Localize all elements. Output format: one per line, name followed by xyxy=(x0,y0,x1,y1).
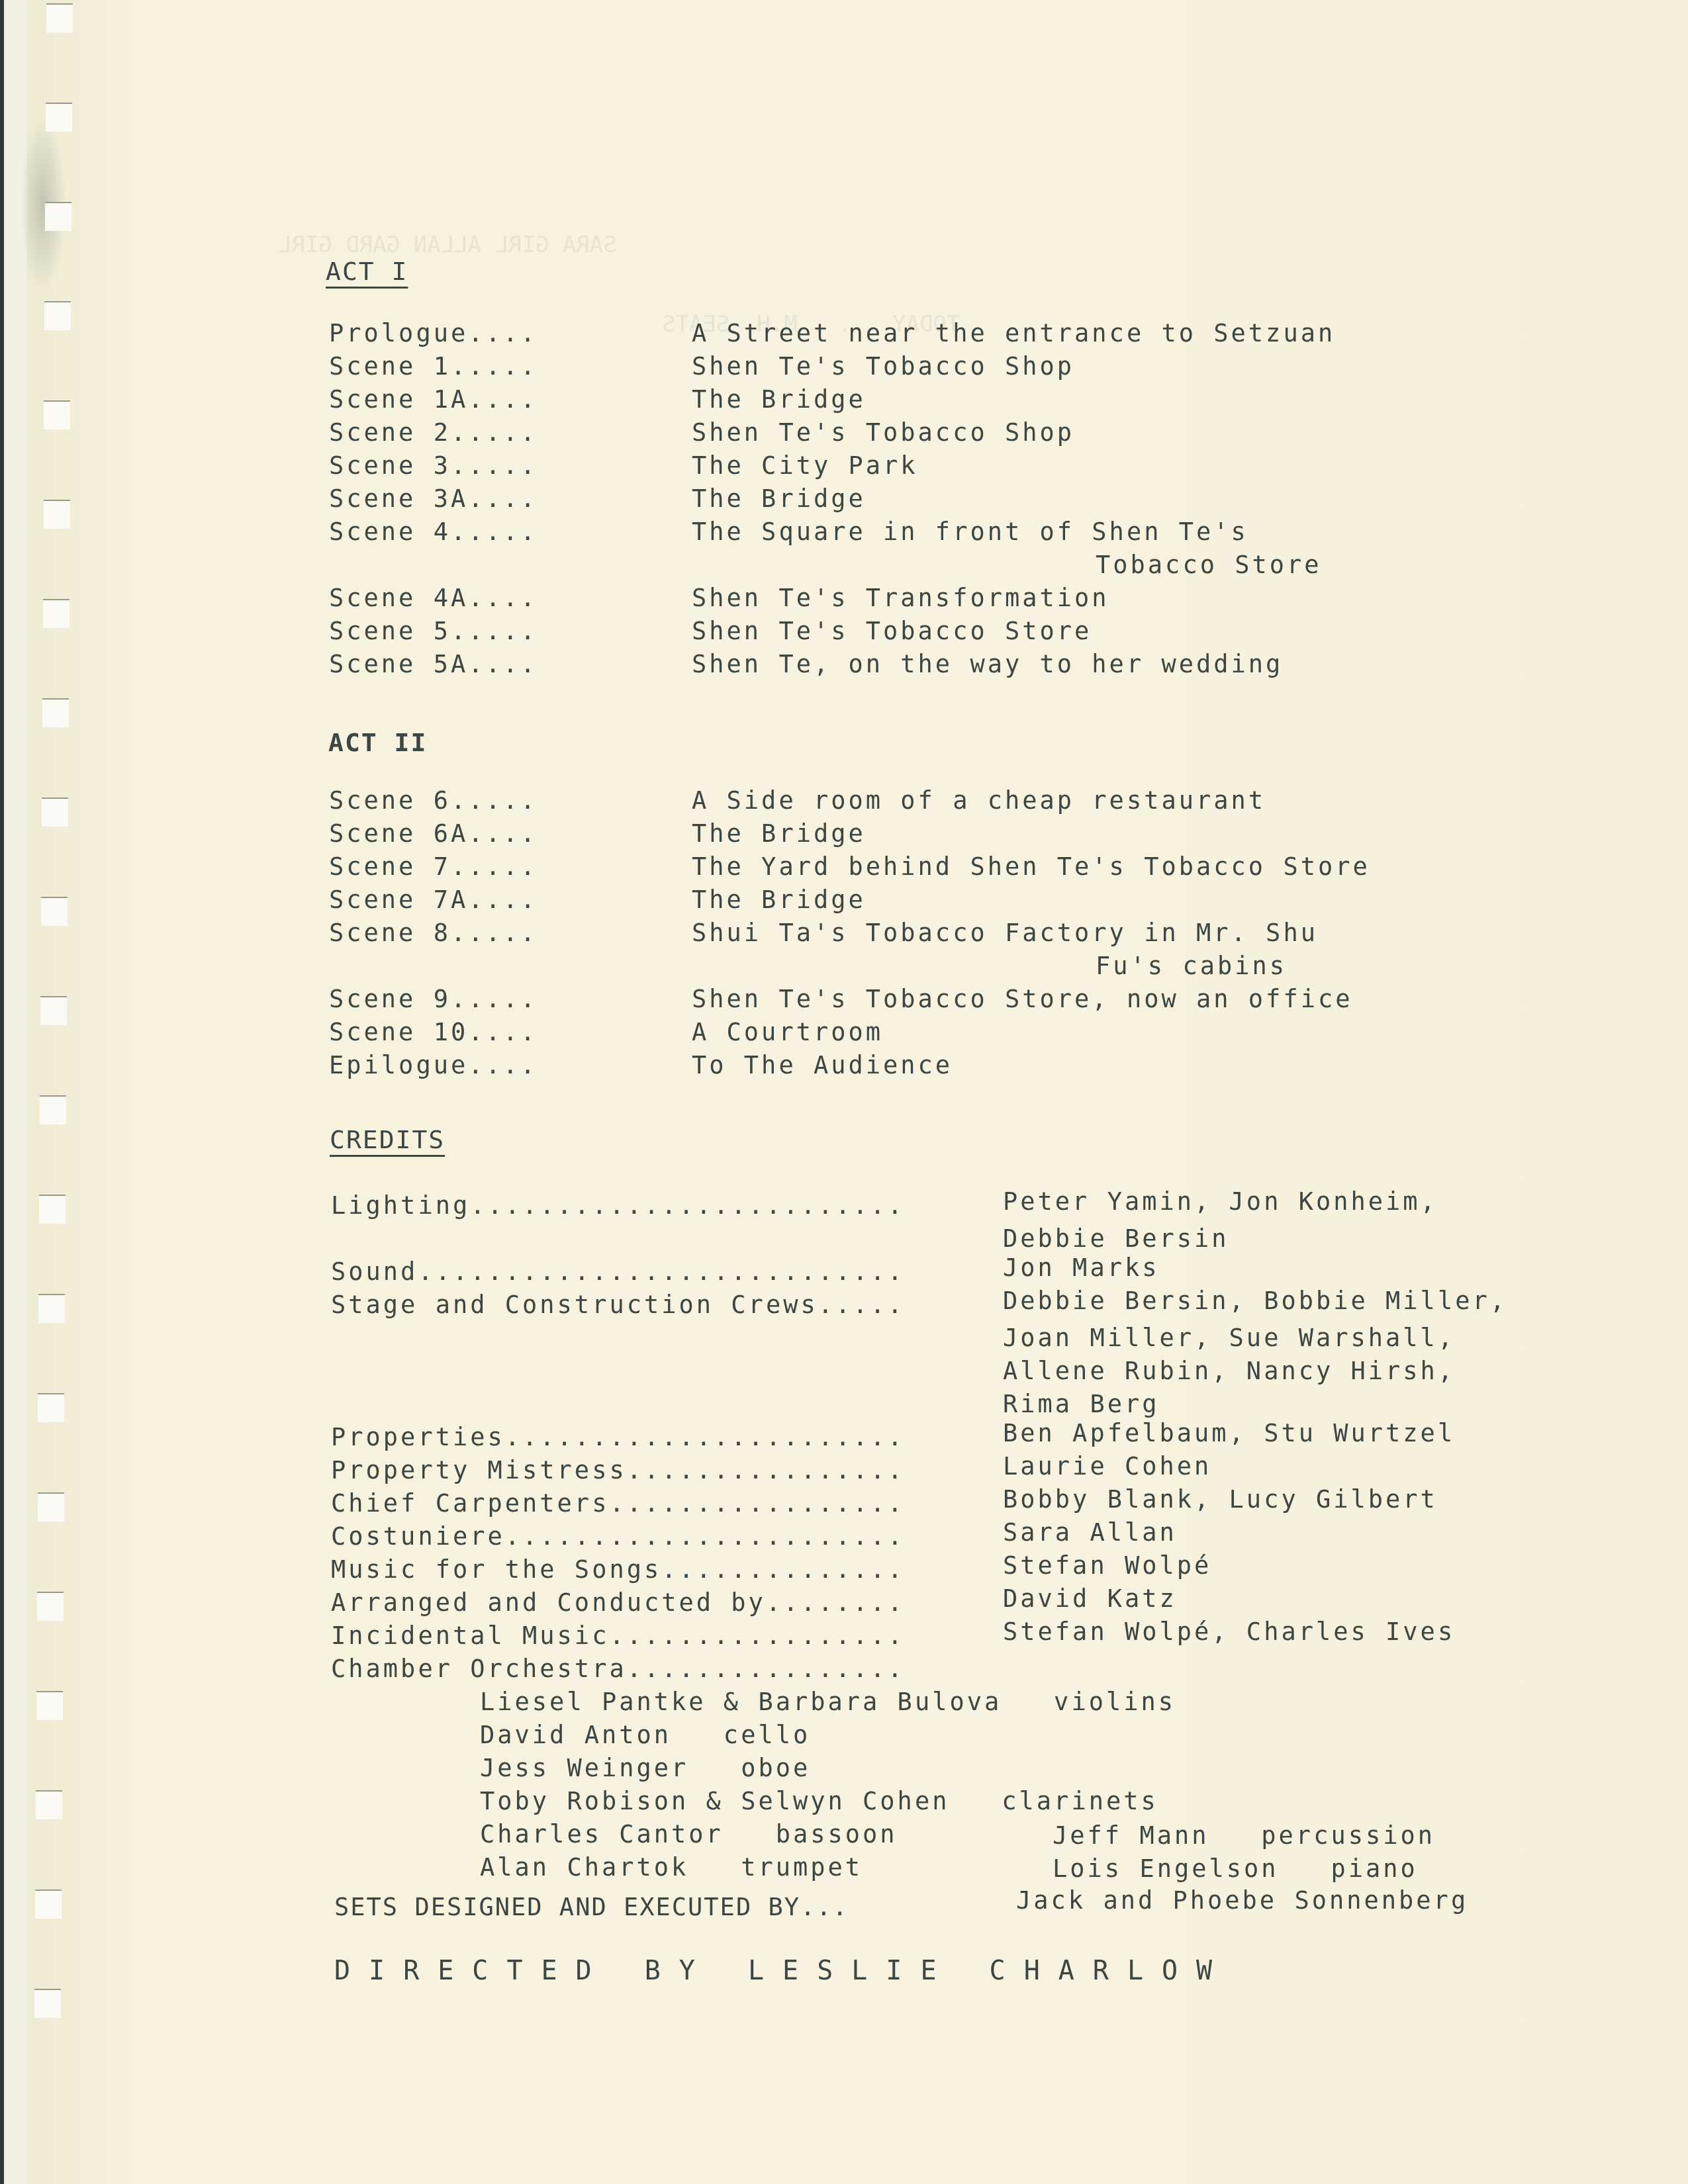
credit-role: Stage and Construction Crews..... xyxy=(331,1291,905,1319)
scene-setting-continuation: Fu's cabins xyxy=(1096,952,1287,980)
scene-row: Scene 3..... xyxy=(329,451,538,480)
binding-hole xyxy=(36,1691,63,1720)
scene-setting: The Bridge xyxy=(692,819,866,848)
scene-row: Scene 6A.... xyxy=(329,819,538,848)
binding-hole xyxy=(34,1989,61,2018)
scene-label: Scene 7..... xyxy=(329,852,538,881)
scene-setting: Shen Te's Transformation xyxy=(692,584,1109,612)
scene-label: Scene 8..... xyxy=(329,919,538,947)
scene-row: Scene 7..... xyxy=(329,852,538,881)
scene-row: Scene 4..... xyxy=(329,518,538,546)
credit-name: Peter Yamin, Jon Konheim, xyxy=(1003,1187,1438,1216)
binding-hole xyxy=(42,698,69,727)
binding-hole xyxy=(39,1195,66,1224)
scene-setting: Shen Te, on the way to her wedding xyxy=(692,650,1283,678)
orchestra-member: Alan Chartok trumpet xyxy=(480,1853,863,1882)
scene-setting: To The Audience xyxy=(692,1051,953,1079)
orchestra-member: Liesel Pantke & Barbara Bulova violins xyxy=(480,1688,1176,1716)
scene-row: Scene 8..... xyxy=(329,919,538,947)
scene-setting: Shen Te's Tobacco Store xyxy=(692,617,1092,645)
scene-label: Scene 5..... xyxy=(329,617,538,645)
scene-label: Scene 6..... xyxy=(329,786,538,815)
credit-name: Stefan Wolpé xyxy=(1003,1551,1211,1580)
scene-setting-continuation: Tobacco Store xyxy=(1096,551,1322,579)
credit-name: David Katz xyxy=(1003,1584,1177,1613)
orchestra-member: Lois Engelson piano xyxy=(1053,1854,1418,1883)
orchestra-member: Jess Weinger oboe xyxy=(480,1754,810,1782)
credit-role: Property Mistress................ xyxy=(331,1456,905,1484)
scene-label: Scene 10.... xyxy=(329,1018,538,1046)
scene-row: Scene 10.... xyxy=(329,1018,538,1046)
sets-credit-label: SETS DESIGNED AND EXECUTED BY... xyxy=(334,1893,849,1921)
scene-row: Scene 6..... xyxy=(329,786,538,815)
scene-setting: The Bridge xyxy=(692,385,866,414)
scene-label: Scene 6A.... xyxy=(329,819,538,848)
scene-row: Scene 5..... xyxy=(329,617,538,645)
orchestra-member: Toby Robison & Selwyn Cohen clarinets xyxy=(480,1787,1158,1815)
scene-row: Scene 1..... xyxy=(329,352,538,381)
scene-row: Scene 4A.... xyxy=(329,584,538,612)
binding-hole xyxy=(43,599,70,628)
scene-setting: Shui Ta's Tobacco Factory in Mr. Shu xyxy=(692,919,1318,947)
scene-setting: Shen Te's Tobacco Shop xyxy=(692,352,1074,381)
credit-role: Incidental Music................. xyxy=(331,1621,905,1650)
binding-hole xyxy=(37,1592,64,1621)
scene-label: Scene 2..... xyxy=(329,418,538,447)
orchestra-member: David Anton cello xyxy=(480,1721,810,1749)
credits-heading: CREDITS xyxy=(330,1125,445,1154)
binding-hole xyxy=(44,400,70,430)
scene-label: Scene 4..... xyxy=(329,518,538,546)
credit-name: Rima Berg xyxy=(1003,1390,1159,1418)
scene-setting: A Courtroom xyxy=(692,1018,883,1046)
bleed-through-text: SARA GIRL ALLAN GARD GIRL xyxy=(278,232,617,258)
credit-name: Stefan Wolpé, Charles Ives xyxy=(1003,1617,1455,1646)
credit-role: Costuniere....................... xyxy=(331,1522,905,1551)
binding-hole xyxy=(36,1790,62,1819)
credit-role: Music for the Songs.............. xyxy=(331,1555,905,1584)
binding-hole xyxy=(46,103,72,132)
scene-row: Scene 2..... xyxy=(329,418,538,447)
sets-credit-value: Jack and Phoebe Sonnenberg xyxy=(1016,1886,1468,1915)
binding-margin xyxy=(4,0,26,2184)
binding-hole xyxy=(41,897,68,926)
credit-role: Lighting......................... xyxy=(331,1191,905,1220)
scene-row: Prologue.... xyxy=(329,319,538,347)
binding-hole xyxy=(44,500,70,529)
binding-hole xyxy=(40,996,67,1025)
scene-row: Scene 3A.... xyxy=(329,484,538,513)
scene-setting: A Side room of a cheap restaurant xyxy=(692,786,1266,815)
orchestra-member: Charles Cantor bassoon xyxy=(480,1820,898,1848)
scene-label: Scene 9..... xyxy=(329,985,538,1013)
scene-label: Scene 7A.... xyxy=(329,886,538,914)
program-page: SARA GIRL ALLAN GARD GIRL TODAY . . . M.… xyxy=(0,0,1688,2184)
scene-label: Prologue.... xyxy=(329,319,538,347)
binding-hole xyxy=(38,1393,64,1422)
act1-heading: ACT I xyxy=(326,257,408,286)
scene-label: Scene 1..... xyxy=(329,352,538,381)
credit-role: Arranged and Conducted by........ xyxy=(331,1588,905,1617)
scene-setting: The Bridge xyxy=(692,484,866,513)
credit-name: Debbie Bersin xyxy=(1003,1224,1229,1253)
scene-setting: Shen Te's Tobacco Shop xyxy=(692,418,1074,447)
scene-row: Scene 9..... xyxy=(329,985,538,1013)
binding-hole xyxy=(40,1095,66,1124)
credit-role: Chamber Orchestra................ xyxy=(331,1655,905,1683)
scene-setting: The Bridge xyxy=(692,886,866,914)
scene-setting: The City Park xyxy=(692,451,918,480)
binding-hole xyxy=(35,1889,62,1919)
credit-role: Chief Carpenters................. xyxy=(331,1489,905,1518)
scene-label: Scene 5A.... xyxy=(329,650,538,678)
orchestra-member: Jeff Mann percussion xyxy=(1053,1821,1435,1850)
scene-row: Scene 5A.... xyxy=(329,650,538,678)
credit-name: Ben Apfelbaum, Stu Wurtzel xyxy=(1003,1419,1455,1447)
act2-heading: ACT II xyxy=(328,728,427,757)
credit-name: Debbie Bersin, Bobbie Miller, xyxy=(1003,1287,1507,1315)
scene-setting: The Yard behind Shen Te's Tobacco Store xyxy=(692,852,1370,881)
binding-hole xyxy=(44,301,71,330)
credit-name: Allene Rubin, Nancy Hirsh, xyxy=(1003,1357,1455,1385)
binding-hole xyxy=(38,1492,64,1522)
binding-hole xyxy=(38,1294,65,1323)
scene-row: Scene 1A.... xyxy=(329,385,538,414)
scene-label: Epilogue.... xyxy=(329,1051,538,1079)
credit-role: Sound............................ xyxy=(331,1257,905,1286)
credit-name: Joan Miller, Sue Warshall, xyxy=(1003,1324,1455,1352)
scene-row: Scene 7A.... xyxy=(329,886,538,914)
binding-hole xyxy=(42,797,68,827)
binding-hole xyxy=(45,202,71,231)
scene-setting: A Street near the entrance to Setzuan xyxy=(692,319,1335,347)
binding-hole xyxy=(46,3,73,32)
credit-name: Sara Allan xyxy=(1003,1518,1177,1547)
scene-label: Scene 3..... xyxy=(329,451,538,480)
credit-name: Bobby Blank, Lucy Gilbert xyxy=(1003,1485,1438,1514)
credit-role: Properties....................... xyxy=(331,1423,905,1451)
scene-label: Scene 3A.... xyxy=(329,484,538,513)
scene-label: Scene 1A.... xyxy=(329,385,538,414)
scene-row: Epilogue.... xyxy=(329,1051,538,1079)
scene-setting: The Square in front of Shen Te's xyxy=(692,518,1248,546)
directed-by: DIRECTED BY LESLIE CHARLOW xyxy=(334,1956,1231,1986)
credit-name: Jon Marks xyxy=(1003,1253,1159,1282)
scene-label: Scene 4A.... xyxy=(329,584,538,612)
scene-setting: Shen Te's Tobacco Store, now an office xyxy=(692,985,1352,1013)
credit-name: Laurie Cohen xyxy=(1003,1452,1211,1480)
